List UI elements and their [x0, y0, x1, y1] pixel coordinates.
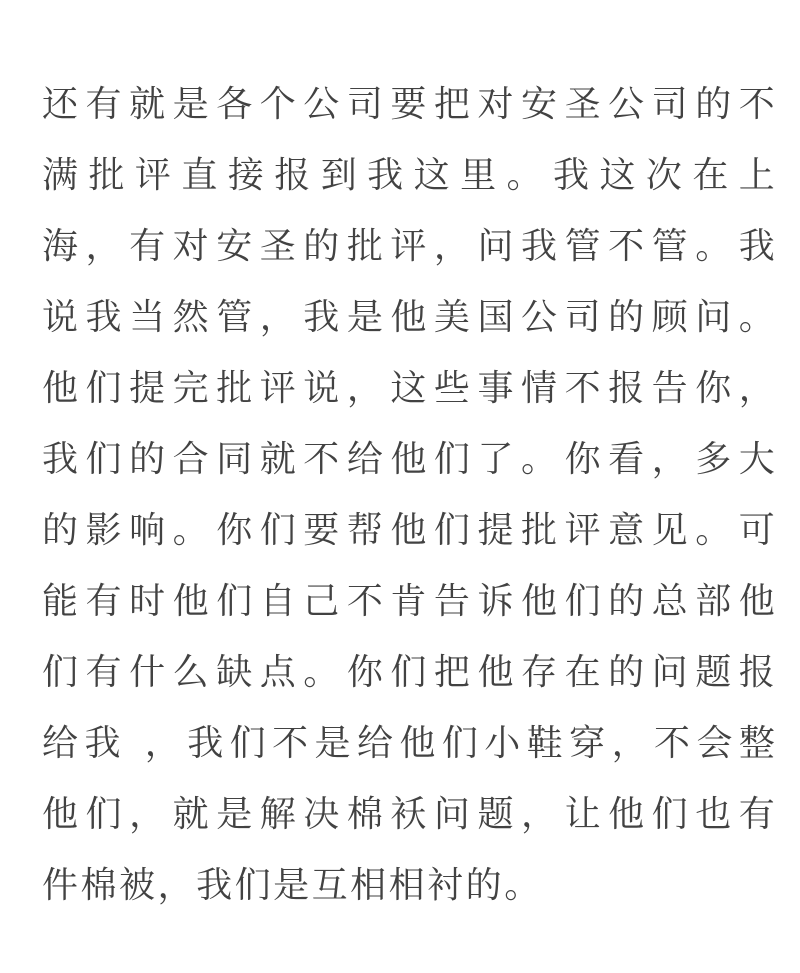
text-line: 的影响。你们要帮他们提批评意见。可	[42, 492, 775, 563]
text-line: 说我当然管，我是他美国公司的顾问。	[42, 279, 775, 350]
text-line: 们有什么缺点。你们把他存在的问题报	[42, 634, 775, 705]
document-page: 还有就是各个公司要把对安圣公司的不满批评直接报到我这里。我这次在上海，有对安圣的…	[0, 0, 800, 973]
text-line: 满批评直接报到我这里。我这次在上	[42, 137, 775, 208]
text-line: 能有时他们自己不肯告诉他们的总部他	[42, 563, 775, 634]
body-text-paragraph: 还有就是各个公司要把对安圣公司的不满批评直接报到我这里。我这次在上海，有对安圣的…	[42, 66, 775, 918]
text-line: 海，有对安圣的批评，问我管不管。我	[42, 208, 775, 279]
text-line: 给我 ，我们不是给他们小鞋穿，不会整	[42, 705, 775, 776]
text-line: 他们，就是解决棉袄问题，让他们也有	[42, 776, 775, 847]
text-line: 他们提完批评说，这些事情不报告你，	[42, 350, 775, 421]
text-line: 件棉被，我们是互相相衬的。	[42, 847, 775, 918]
text-line: 还有就是各个公司要把对安圣公司的不	[42, 66, 775, 137]
text-line: 我们的合同就不给他们了。你看，多大	[42, 421, 775, 492]
